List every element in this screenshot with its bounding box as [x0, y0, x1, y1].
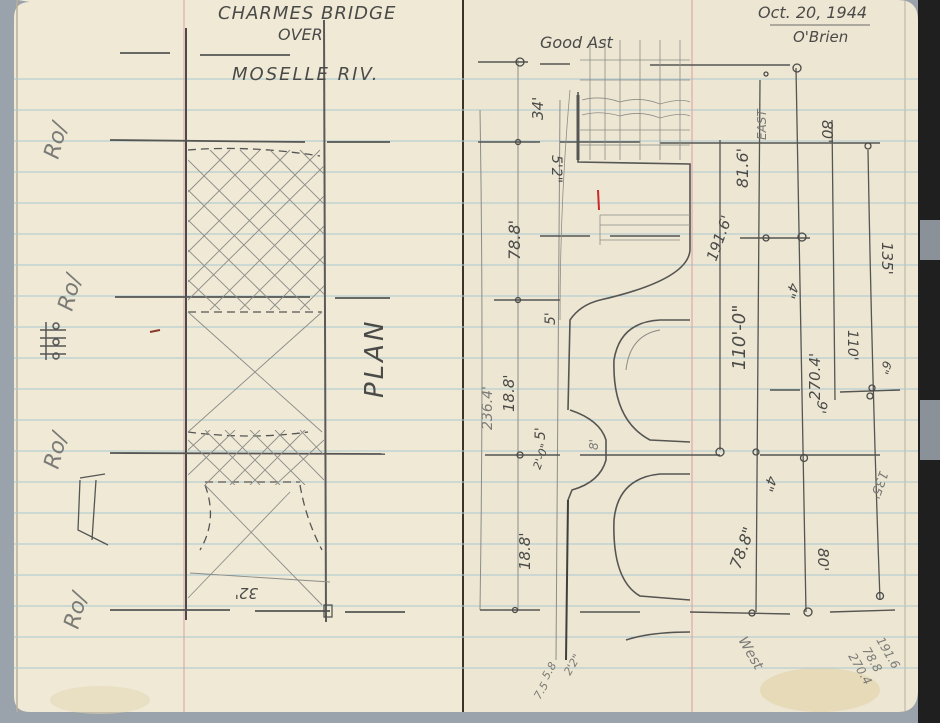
red-mark [598, 190, 599, 210]
dimension-32: 32' [235, 584, 258, 602]
svg-text:110': 110' [844, 330, 860, 361]
title-line-1: CHARMES BRIDGE [218, 3, 396, 24]
author: O'Brien [793, 28, 848, 46]
east-label: EAST [755, 108, 769, 140]
notebook-spread: CHARMES BRIDGE OVER MOSELLE RIV. PLAN 32… [0, 0, 940, 723]
svg-text:81.6': 81.6' [733, 148, 752, 188]
svg-text:5'2": 5'2" [548, 155, 564, 183]
title-line-2: OVER [278, 25, 323, 44]
svg-text:80': 80' [814, 548, 832, 571]
svg-text:34': 34' [529, 97, 547, 120]
svg-text:236.4': 236.4' [480, 386, 496, 430]
title-line-3: MOSELLE RIV. [232, 64, 379, 85]
svg-text:80': 80' [818, 120, 836, 143]
svg-text:270.4': 270.4' [806, 353, 824, 400]
svg-text:78.8': 78.8' [505, 220, 524, 260]
svg-text:5': 5' [543, 312, 559, 325]
svg-text:5': 5' [533, 427, 549, 440]
header-note: Good Ast [540, 33, 614, 52]
svg-text:8': 8' [587, 439, 601, 450]
svg-text:18.8': 18.8' [500, 374, 518, 412]
plan-label: PLAN [360, 319, 390, 398]
svg-text:18.8': 18.8' [516, 532, 534, 570]
svg-text:135': 135' [878, 242, 896, 275]
date: Oct. 20, 1944 [758, 3, 867, 22]
svg-text:110'-0": 110'-0" [729, 304, 750, 370]
